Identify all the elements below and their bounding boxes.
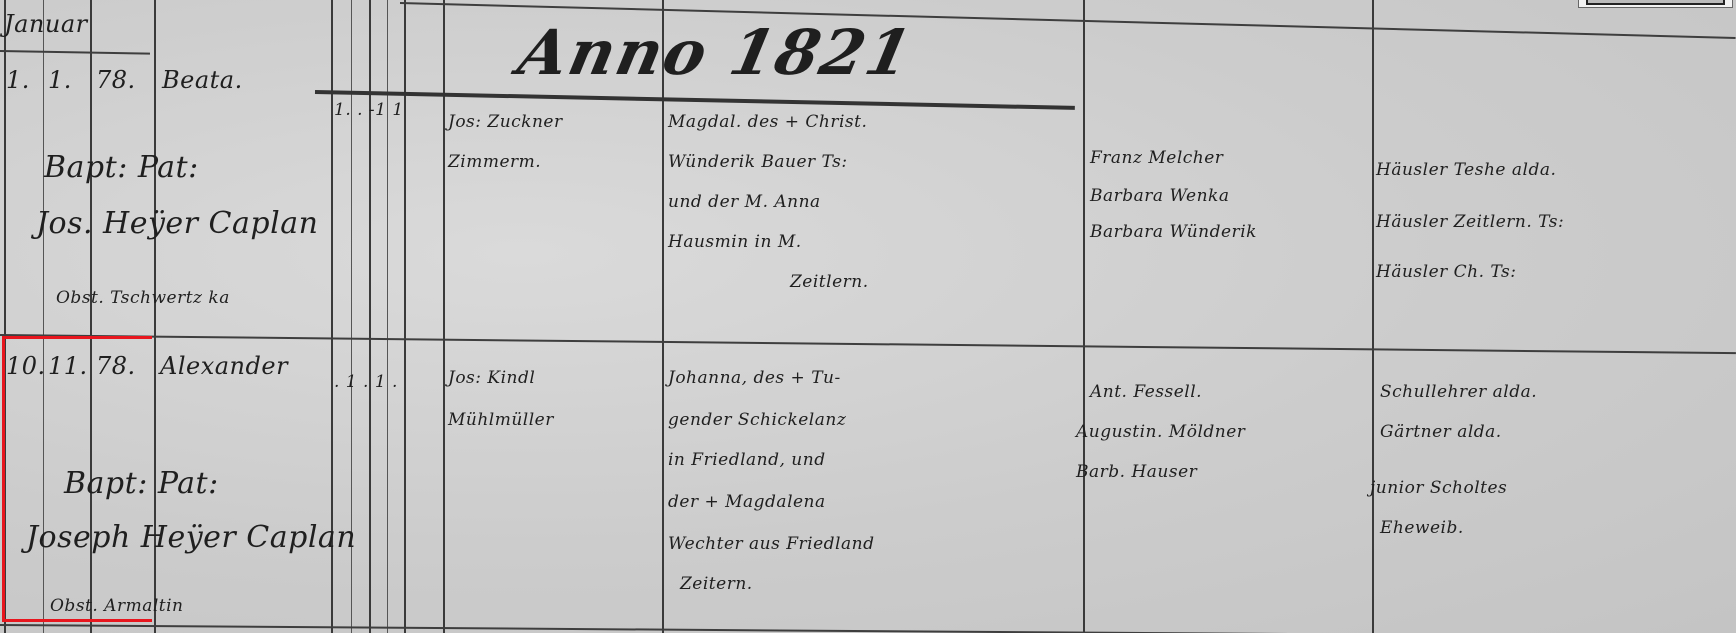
entry-godparent-note: Schullehrer alda. [1380, 382, 1537, 402]
entry-mother-line: gender Schickelanz [668, 410, 846, 430]
year-heading: Anno 1821 [512, 16, 919, 89]
entry-father-line: Mühlmüller [448, 410, 554, 430]
column-rule [1372, 0, 1374, 633]
entry-father-line: Zimmerm. [448, 152, 541, 172]
entry-month: 1. [48, 66, 72, 94]
entry-mother-line: Zeitern. [680, 574, 753, 594]
column-rule [1083, 0, 1085, 633]
entry-mother-line: Wünderik Bauer Ts: [668, 152, 848, 172]
entry-marks: 1. . -1 1 [334, 100, 404, 120]
month-label: Januar [4, 10, 88, 38]
page-thumbnail-navigator[interactable] [1578, 0, 1733, 8]
entry-godparent-note: Häusler Ch. Ts: [1376, 262, 1516, 282]
entry-godparent: Barbara Wenka [1090, 186, 1229, 206]
entry-mother-line: der + Magdalena [668, 492, 826, 512]
entry-midwife: Obst. Tschwertz ka [56, 288, 230, 308]
entry-godparent: Barb. Hauser [1076, 462, 1197, 482]
entry-godparent: Ant. Fessell. [1090, 382, 1202, 402]
entry-marks: . 1 . 1 . [334, 372, 398, 392]
entry-mother-line: in Friedland, und [668, 450, 826, 470]
entry-godparent-note: Häusler Teshe alda. [1376, 160, 1556, 180]
entry-mother-line: Hausmin in M. [668, 232, 802, 252]
entry-mother-line: Johanna, des + Tu- [668, 368, 841, 388]
entry-godparent-note: Häusler Zeitlern. Ts: [1376, 212, 1564, 232]
entry-father-line: Jos: Kindl [448, 368, 535, 388]
register-page-scan: Januar Anno 1821 1. 1. 78. Beata. 1. . -… [0, 0, 1736, 633]
thumbnail-preview [1586, 0, 1725, 5]
column-rule [662, 0, 664, 633]
entry-godparent-note: junior Scholtes [1370, 478, 1507, 498]
highlight-annotation-box[interactable] [2, 336, 152, 622]
entry-separator [0, 624, 1736, 633]
entry-baptist-label: Bapt: Pat: [44, 150, 199, 185]
entry-mother-line: und der M. Anna [668, 192, 821, 212]
entry-house-no: 78. [96, 66, 136, 94]
entry-baptist: Jos. Heÿer Caplan [36, 206, 318, 241]
entry-child-name: Beata. [162, 66, 243, 94]
month-underline [0, 50, 150, 55]
entry-godparent: Franz Melcher [1090, 148, 1223, 168]
entry-godparent: Barbara Wünderik [1090, 222, 1257, 242]
entry-godparent-note: Eheweib. [1380, 518, 1464, 538]
entry-child-name: Alexander [160, 352, 288, 380]
entry-day: 1. [6, 66, 30, 94]
entry-father-line: Jos: Zuckner [448, 112, 563, 132]
entry-mother-line: Wechter aus Friedland [668, 534, 874, 554]
entry-mother-line: Zeitlern. [790, 272, 869, 292]
header-rule [315, 90, 1075, 110]
entry-godparent: Augustin. Möldner [1076, 422, 1245, 442]
entry-godparent-note: Gärtner alda. [1380, 422, 1502, 442]
entry-mother-line: Magdal. des + Christ. [668, 112, 867, 132]
